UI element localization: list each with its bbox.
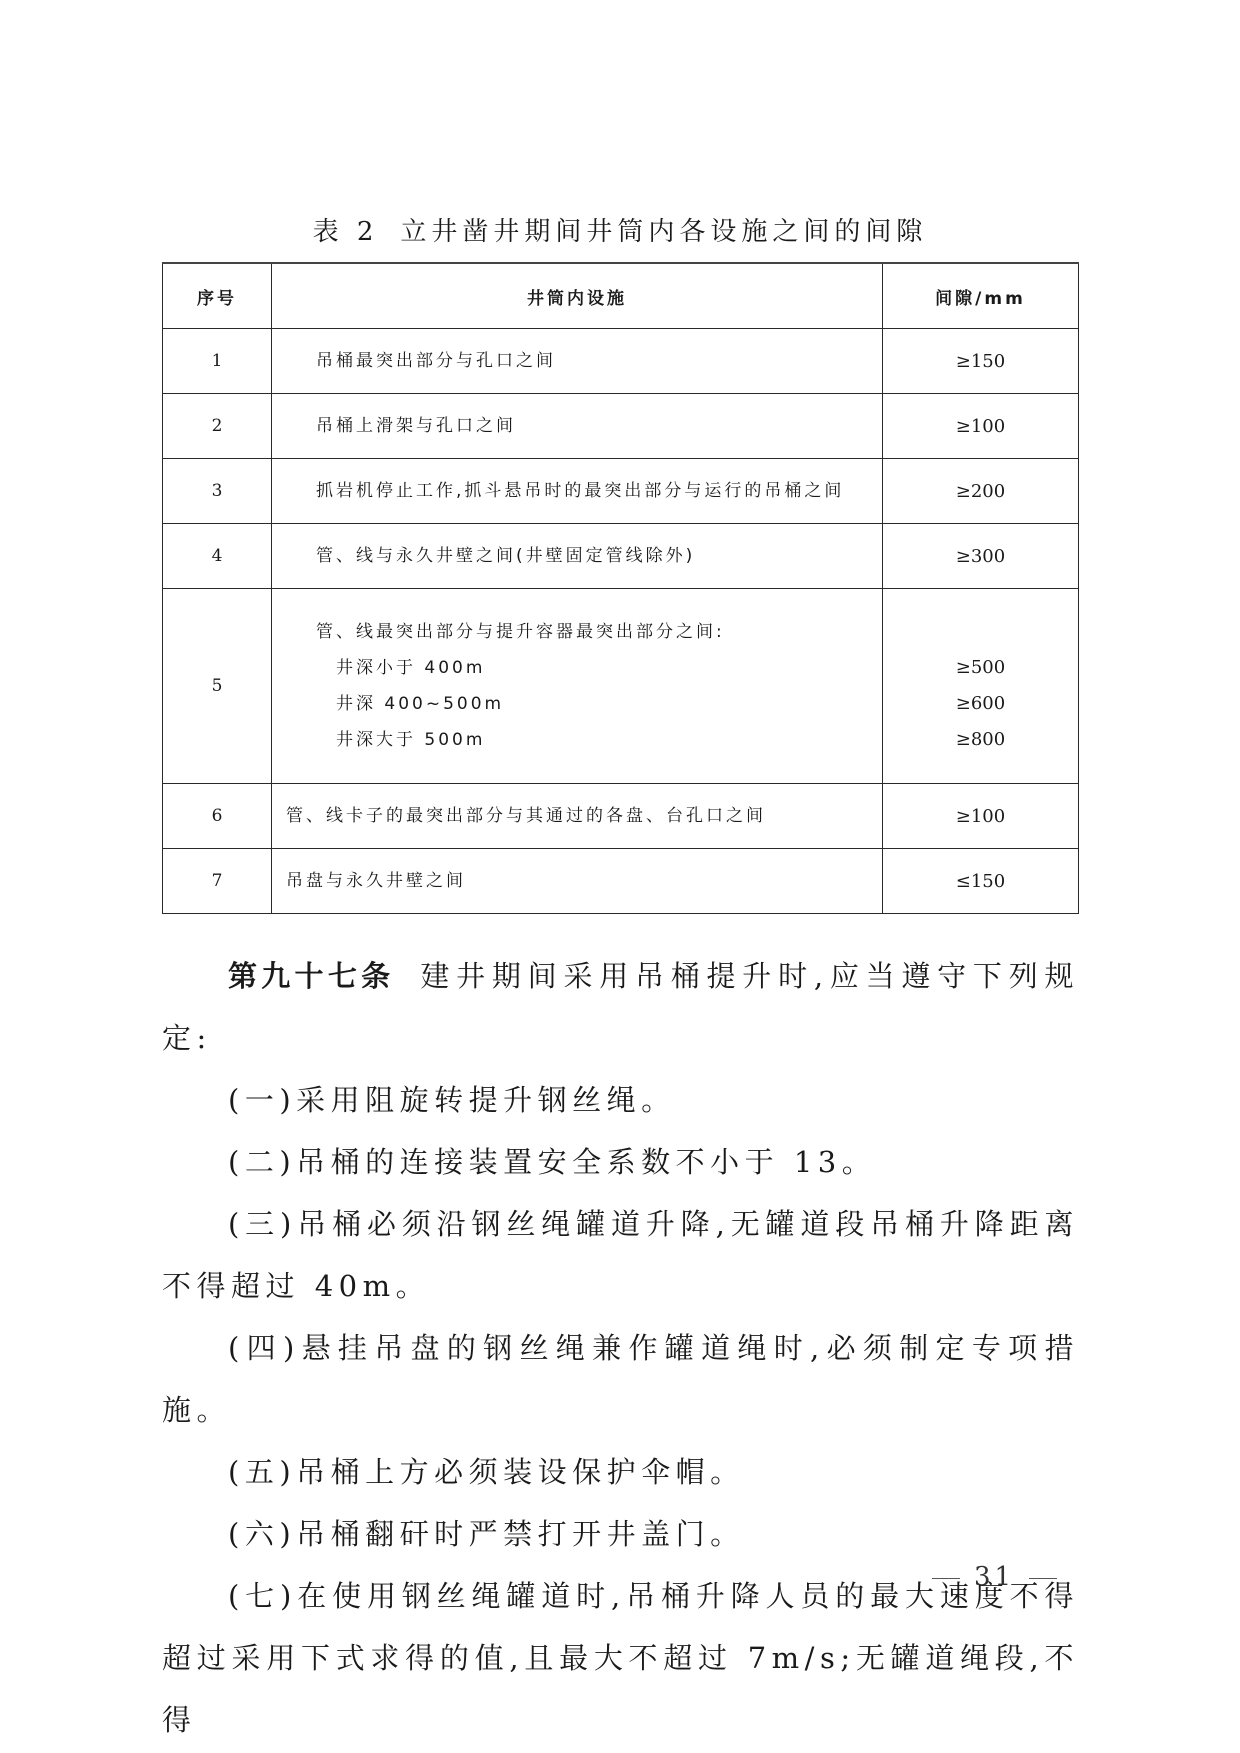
row-desc: 管、线卡子的最突出部分与其通过的各盘、台孔口之间	[272, 784, 883, 849]
header-gap: 间隙/mm	[883, 263, 1079, 329]
article-item: (六)吊桶翻矸时严禁打开井盖门。	[162, 1503, 1079, 1565]
row-gap: ≥200	[883, 459, 1079, 524]
article-item: (一)采用阻旋转提升钢丝绳。	[162, 1069, 1079, 1131]
row-sub-gap: ≥600	[883, 686, 1078, 722]
row-sub-label: 井深大于 500m	[286, 722, 882, 758]
row-no: 6	[163, 784, 272, 849]
row-gap: ≥150	[883, 329, 1079, 394]
row-desc: 抓岩机停止工作,抓斗悬吊时的最突出部分与运行的吊桶之间	[272, 459, 883, 524]
article-item: (五)吊桶上方必须装设保护伞帽。	[162, 1441, 1079, 1503]
dash-right	[1029, 1578, 1057, 1579]
table-row: 6 管、线卡子的最突出部分与其通过的各盘、台孔口之间 ≥100	[163, 784, 1079, 849]
row-desc: 管、线最突出部分与提升容器最突出部分之间: 井深小于 400m 井深 400~5…	[272, 589, 883, 784]
article-heading: 第九十七条	[228, 959, 394, 993]
table-row: 3 抓岩机停止工作,抓斗悬吊时的最突出部分与运行的吊桶之间 ≥200	[163, 459, 1079, 524]
table-title: 表 2立井凿井期间井筒内各设施之间的间隙	[0, 214, 1240, 250]
article-body: 第九十七条建井期间采用吊桶提升时,应当遵守下列规定: (一)采用阻旋转提升钢丝绳…	[162, 945, 1079, 1751]
table-caption: 立井凿井期间井筒内各设施之间的间隙	[400, 217, 927, 247]
row-desc: 吊桶最突出部分与孔口之间	[272, 329, 883, 394]
row-gap: ≥100	[883, 394, 1079, 459]
row-sub-label: 井深 400~500m	[286, 686, 882, 722]
row-desc: 管、线与永久井壁之间(井壁固定管线除外)	[272, 524, 883, 589]
row-no: 2	[163, 394, 272, 459]
table-row: 2 吊桶上滑架与孔口之间 ≥100	[163, 394, 1079, 459]
row-sub-gap: ≥500	[883, 650, 1078, 686]
header-facility: 井筒内设施	[272, 263, 883, 329]
article-item: (四)悬挂吊盘的钢丝绳兼作罐道绳时,必须制定专项措施。	[162, 1317, 1079, 1441]
row-no: 1	[163, 329, 272, 394]
row-no: 3	[163, 459, 272, 524]
article-item: (三)吊桶必须沿钢丝绳罐道升降,无罐道段吊桶升降距离不得超过 40m。	[162, 1193, 1079, 1317]
row-no: 5	[163, 589, 272, 784]
table-row: 7 吊盘与永久井壁之间 ≤150	[163, 849, 1079, 914]
row-no: 7	[163, 849, 272, 914]
page-number: 31	[918, 1562, 1071, 1592]
row-gap: ≥300	[883, 524, 1079, 589]
table-row: 5 管、线最突出部分与提升容器最突出部分之间: 井深小于 400m 井深 400…	[163, 589, 1079, 784]
row-gap: ≤150	[883, 849, 1079, 914]
table-header-row: 序号 井筒内设施 间隙/mm	[163, 263, 1079, 329]
table-number: 表 2	[313, 217, 379, 247]
row-desc: 吊盘与永久井壁之间	[272, 849, 883, 914]
row-desc-heading: 管、线最突出部分与提升容器最突出部分之间:	[286, 614, 882, 650]
table-row: 1 吊桶最突出部分与孔口之间 ≥150	[163, 329, 1079, 394]
table-row: 4 管、线与永久井壁之间(井壁固定管线除外) ≥300	[163, 524, 1079, 589]
row-gap: ≥100	[883, 784, 1079, 849]
header-no: 序号	[163, 263, 272, 329]
article-item: (七)在使用钢丝绳罐道时,吊桶升降人员的最大速度不得超过采用下式求得的值,且最大…	[162, 1565, 1079, 1751]
dash-left	[932, 1578, 960, 1579]
row-sub-label: 井深小于 400m	[286, 650, 882, 686]
row-sub-gap: ≥800	[883, 722, 1078, 758]
page-number-text: 31	[974, 1562, 1015, 1592]
row-no: 4	[163, 524, 272, 589]
clearance-table: 序号 井筒内设施 间隙/mm 1 吊桶最突出部分与孔口之间 ≥150 2 吊桶上…	[162, 262, 1079, 914]
row-desc: 吊桶上滑架与孔口之间	[272, 394, 883, 459]
article-intro: 第九十七条建井期间采用吊桶提升时,应当遵守下列规定:	[162, 945, 1079, 1069]
row-gap: ≥500 ≥600 ≥800	[883, 589, 1079, 784]
article-item: (二)吊桶的连接装置安全系数不小于 13。	[162, 1131, 1079, 1193]
